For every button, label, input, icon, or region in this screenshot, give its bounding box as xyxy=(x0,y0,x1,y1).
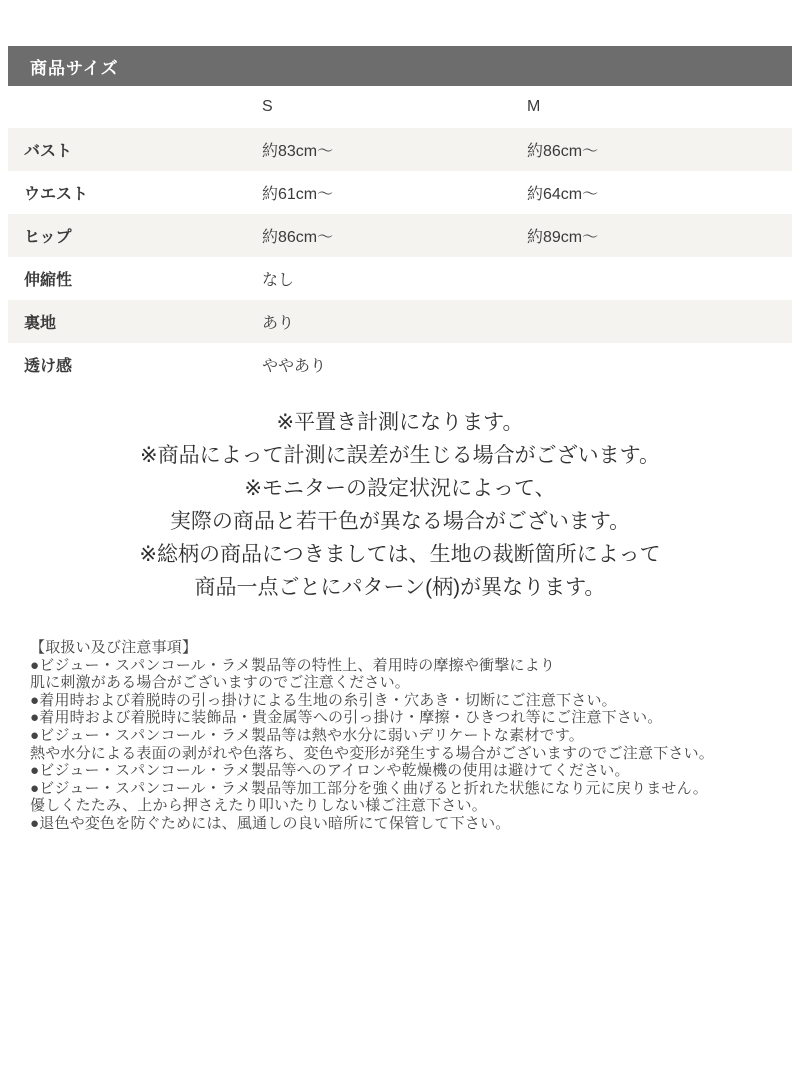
product-size-page: 商品サイズ S M バスト 約83cm～ 約86cm～ ウエスト 約61cm～ … xyxy=(0,0,800,1067)
column-header-s: S xyxy=(262,98,527,116)
table-row: ウエスト 約61cm～ 約64cm～ xyxy=(8,171,792,214)
row-value-m: 約89cm～ xyxy=(527,224,792,247)
row-label: 裏地 xyxy=(8,310,262,333)
care-line: 肌に刺激がある場合がございますのでご注意ください。 xyxy=(30,674,772,692)
measurement-notes: ※平置き計測になります。 ※商品によって計測に誤差が生じる場合がございます。 ※… xyxy=(0,406,800,604)
note-line: ※総柄の商品につきましては、生地の裁断箇所によって xyxy=(0,538,800,571)
row-label: 透け感 xyxy=(8,353,262,376)
row-value-s: なし xyxy=(262,267,527,290)
table-row: 裏地 あり xyxy=(8,300,792,343)
care-line: ●ビジュー・スパンコール・ラメ製品等加工部分を強く曲げると折れた状態になり元に戻… xyxy=(30,780,772,798)
table-row: 伸縮性 なし xyxy=(8,257,792,300)
care-line: ●ビジュー・スパンコール・ラメ製品等の特性上、着用時の摩擦や衝撃により xyxy=(30,657,772,675)
care-line: 熱や水分による表面の剥がれや色落ち、変色や変形が発生する場合がございますのでご注… xyxy=(30,745,772,763)
care-line: ●ビジュー・スパンコール・ラメ製品等は熱や水分に弱いデリケートな素材です。 xyxy=(30,727,772,745)
row-value-s: ややあり xyxy=(262,353,527,376)
row-label: バスト xyxy=(8,138,262,161)
note-line: 実際の商品と若干色が異なる場合がございます。 xyxy=(0,505,800,538)
care-line: ●退色や変色を防ぐためには、風通しの良い暗所にて保管して下さい。 xyxy=(30,815,772,833)
table-row: 透け感 ややあり xyxy=(8,343,792,386)
row-label: 伸縮性 xyxy=(8,267,262,290)
table-row: バスト 約83cm～ 約86cm～ xyxy=(8,128,792,171)
size-table: S M バスト 約83cm～ 約86cm～ ウエスト 約61cm～ 約64cm～… xyxy=(8,86,792,386)
note-line: ※平置き計測になります。 xyxy=(0,406,800,439)
care-line: ●着用時および着脱時に装飾品・貴金属等への引っ掛け・摩擦・ひきつれ等にご注意下さ… xyxy=(30,709,772,727)
care-line: ●ビジュー・スパンコール・ラメ製品等へのアイロンや乾燥機の使用は避けてください。 xyxy=(30,762,772,780)
note-line: ※商品によって計測に誤差が生じる場合がございます。 xyxy=(0,439,800,472)
size-table-header-row: S M xyxy=(8,86,792,128)
column-header-m: M xyxy=(527,98,792,116)
table-row: ヒップ 約86cm～ 約89cm～ xyxy=(8,214,792,257)
row-value-m: 約64cm～ xyxy=(527,181,792,204)
handling-cautions: 【取扱い及び注意事項】 ●ビジュー・スパンコール・ラメ製品等の特性上、着用時の摩… xyxy=(30,639,772,833)
row-label: ヒップ xyxy=(8,224,262,247)
row-value-s: 約83cm～ xyxy=(262,138,527,161)
care-title: 【取扱い及び注意事項】 xyxy=(30,639,772,657)
row-label: ウエスト xyxy=(8,181,262,204)
care-line: 優しくたたみ、上から押さえたり叩いたりしない様ご注意下さい。 xyxy=(30,797,772,815)
note-line: 商品一点ごとにパターン(柄)が異なります。 xyxy=(0,571,800,604)
row-value-s: 約86cm～ xyxy=(262,224,527,247)
care-line: ●着用時および着脱時の引っ掛けによる生地の糸引き・穴あき・切断にご注意下さい。 xyxy=(30,692,772,710)
row-value-m: 約86cm～ xyxy=(527,138,792,161)
section-title: 商品サイズ xyxy=(30,54,119,79)
row-value-s: あり xyxy=(262,310,527,333)
note-line: ※モニターの設定状況によって、 xyxy=(0,472,800,505)
section-header-bar: 商品サイズ xyxy=(8,46,792,86)
row-value-s: 約61cm～ xyxy=(262,181,527,204)
